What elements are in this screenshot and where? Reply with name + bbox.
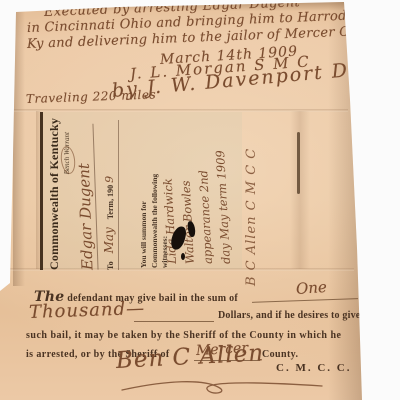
paper-edge-shadow-left [13, 8, 25, 286]
bail-sum-handwritten: One [295, 278, 327, 298]
clerk-signature: Ben C Allen [115, 340, 264, 374]
term-line: To May Term, 190 9 [102, 120, 119, 270]
form-heading: Commonwealth of Kentucky [47, 112, 62, 270]
fold-crease-vertical-right [290, 111, 310, 269]
side-clerk-signature: B C Allen C M C C [244, 134, 290, 286]
scanned-document-page: { "document": { "endorsement": { "line1"… [0, 0, 400, 400]
bail-line-4-end: County. [262, 349, 298, 360]
signature-flourish [118, 376, 328, 396]
to-label: To [106, 261, 115, 270]
side-clerk-signature-text: B C Allen C M C C [244, 134, 290, 286]
year-digit-handwritten: 9 [103, 176, 116, 183]
paper: Executed by arresting Edgar Dugent in Ci… [0, 0, 400, 400]
bail-amount-handwritten: Thousand— [29, 298, 146, 323]
defendant-name: Edgar Dugent [73, 124, 98, 271]
summons-form-body: Commonwealth of Kentucky Bench Warrant E… [40, 112, 236, 270]
clerk-signature-title: C. M. C. C. [276, 362, 351, 374]
fold-shadow-bar [297, 132, 300, 194]
blank-rule [252, 298, 358, 303]
rotated-summons-form: Commonwealth of Kentucky Bench Warrant E… [40, 112, 236, 270]
term-month-handwritten: May [102, 221, 116, 259]
bail-line-3: such bail, it may be taken by the Sherif… [26, 330, 341, 341]
scan-background: Executed by arresting Edgar Dugent in Ci… [0, 0, 400, 400]
bail-line-2: Dollars, and if he desires to give [218, 310, 360, 321]
ink-blot [181, 253, 185, 260]
case-type-label: Bench Warrant [63, 112, 71, 270]
blank-rule [134, 321, 214, 322]
term-label: Term, 190 [106, 185, 115, 219]
